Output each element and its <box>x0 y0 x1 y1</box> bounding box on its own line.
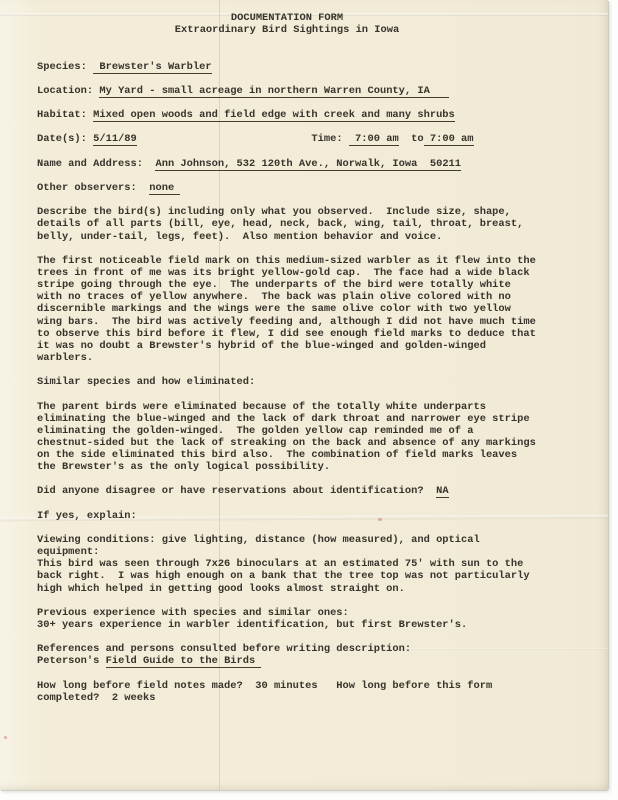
viewing-conditions-line: high which helped in getting good looks … <box>37 583 537 595</box>
blank-line <box>37 595 537 607</box>
text-run: wing bars. The bird was actively feeding… <box>37 316 536 328</box>
blank-line <box>37 48 537 60</box>
blank-line <box>37 473 537 485</box>
text-run: The first noticeable field mark on this … <box>37 255 536 267</box>
text-run: stripe going through the eye. The underp… <box>37 279 511 291</box>
references-heading: References and persons consulted before … <box>37 643 537 655</box>
viewing-conditions-line: back right. I was high enough on a bank … <box>37 570 537 582</box>
text-run: Location: <box>37 85 99 97</box>
paper-page: DOCUMENTATION FORMExtraordinary Bird Sig… <box>0 0 608 790</box>
text-run: Describe the bird(s) including only what… <box>37 206 511 218</box>
blank-line <box>37 146 537 158</box>
blank-line <box>37 36 537 48</box>
text-run: it was no doubt a Brewster's hybrid of t… <box>37 340 486 352</box>
text-run: warblers. <box>37 352 93 364</box>
form-subtitle: Extraordinary Bird Sightings in Iowa <box>37 24 537 36</box>
description-line: to observe this bird before it flew, I d… <box>37 328 537 340</box>
underlined-entry: Field Guide to the Birds <box>106 655 262 668</box>
text-run: belly, under-tail, legs, feet). Also men… <box>37 231 442 243</box>
blank-line <box>37 631 537 643</box>
describe-prompt-line: Describe the bird(s) including only what… <box>37 206 537 218</box>
blank-line <box>37 668 537 680</box>
text-run: discernible markings and the wings were … <box>37 303 511 315</box>
paper-speck <box>4 736 7 739</box>
text-run: high which helped in getting good looks … <box>37 583 405 595</box>
underlined-entry: 7:00 am <box>349 133 399 146</box>
text-run: the Brewster's as the only logical possi… <box>37 461 330 473</box>
location-line: Location: My Yard - small acreage in nor… <box>37 85 537 97</box>
blank-line <box>37 364 537 376</box>
form-completion-line: completed? 2 weeks <box>37 692 537 704</box>
text-run: eliminating the golden-winged. The golde… <box>37 425 473 437</box>
blank-line <box>37 73 537 85</box>
species-line: Species: Brewster's Warbler <box>37 61 537 73</box>
underlined-entry: Mixed open woods and field edge with cre… <box>93 109 455 122</box>
text-run: Name and Address: <box>37 158 155 170</box>
description-line: The first noticeable field mark on this … <box>37 255 537 267</box>
text-run: DOCUMENTATION FORM <box>231 12 343 24</box>
blank-line <box>37 522 537 534</box>
text-run: Extraordinary Bird Sightings in Iowa <box>175 24 399 36</box>
text-run: Other observers: <box>37 182 149 194</box>
viewing-conditions-prompt-line: equipment: <box>37 546 537 558</box>
description-line: wing bars. The bird was actively feeding… <box>37 316 537 328</box>
describe-prompt-line: belly, under-tail, legs, feet). Also men… <box>37 231 537 243</box>
text-run: Date(s): <box>37 133 93 145</box>
description-line: it was no doubt a Brewster's hybrid of t… <box>37 340 537 352</box>
references-line: Peterson's Field Guide to the Birds <box>37 655 537 667</box>
blank-line <box>37 97 537 109</box>
underlined-entry: My Yard - small acreage in northern Warr… <box>99 85 448 98</box>
text-run: References and persons consulted before … <box>37 643 411 655</box>
text-run: Peterson's <box>37 655 106 667</box>
text-run: Did anyone disagree or have reservations… <box>37 485 436 497</box>
text-run: Viewing conditions: give lighting, dista… <box>37 534 480 546</box>
date-time-line: Date(s): 5/11/89 Time: 7:00 am to 7:00 a… <box>37 133 537 145</box>
text-run: completed? 2 weeks <box>37 692 155 704</box>
other-observers-line: Other observers: none <box>37 182 537 194</box>
text-run: with no traces of yellow anywhere. The b… <box>37 291 511 303</box>
form-completion-line: How long before field notes made? 30 min… <box>37 680 537 692</box>
text-run: Species: <box>37 61 93 73</box>
blank-line <box>37 170 537 182</box>
similar-species-line: chestnut-sided but the lack of streaking… <box>37 437 537 449</box>
text-run: Habitat: <box>37 109 93 121</box>
text-run: back right. I was high enough on a bank … <box>37 570 530 582</box>
description-line: with no traces of yellow anywhere. The b… <box>37 291 537 303</box>
similar-species-line: eliminating the golden-winged. The golde… <box>37 425 537 437</box>
description-line: warblers. <box>37 352 537 364</box>
form-title: DOCUMENTATION FORM <box>37 12 537 24</box>
underlined-entry: Brewster's Warbler <box>93 61 211 74</box>
text-run: to observe this bird before it flew, I d… <box>37 328 536 340</box>
description-line: discernible markings and the wings were … <box>37 303 537 315</box>
blank-line <box>37 194 537 206</box>
blank-line <box>37 498 537 510</box>
similar-species-line: on the side eliminated this bird also. T… <box>37 449 537 461</box>
similar-species-line: eliminating the blue-winged and the lack… <box>37 413 537 425</box>
form-text: DOCUMENTATION FORMExtraordinary Bird Sig… <box>37 12 537 704</box>
text-run: If yes, explain: <box>37 510 137 522</box>
underlined-entry: Ann Johnson, 532 120th Ave., Norwalk, Io… <box>155 158 461 171</box>
blank-line <box>37 243 537 255</box>
viewing-conditions-prompt-line: Viewing conditions: give lighting, dista… <box>37 534 537 546</box>
text-run: This bird was seen through 7x26 binocula… <box>37 558 523 570</box>
text-run: on the side eliminated this bird also. T… <box>37 449 517 461</box>
disagreement-question-line: Did anyone disagree or have reservations… <box>37 485 537 497</box>
text-run: equipment: <box>37 546 99 558</box>
text-run: How long before field notes made? 30 min… <box>37 680 492 692</box>
if-yes-explain-line: If yes, explain: <box>37 510 537 522</box>
viewing-conditions-line: This bird was seen through 7x26 binocula… <box>37 558 537 570</box>
description-line: trees in front of me was its bright yell… <box>37 267 537 279</box>
blank-line <box>37 121 537 133</box>
text-run: to <box>399 133 424 145</box>
similar-species-line: the Brewster's as the only logical possi… <box>37 461 537 473</box>
text-run: trees in front of me was its bright yell… <box>37 267 530 279</box>
similar-species-line: The parent birds were eliminated because… <box>37 401 537 413</box>
name-address-line: Name and Address: Ann Johnson, 532 120th… <box>37 158 537 170</box>
text-run: 30+ years experience in warbler identifi… <box>37 619 467 631</box>
blank-line <box>37 388 537 400</box>
text-run: chestnut-sided but the lack of streaking… <box>37 437 536 449</box>
previous-experience-line: 30+ years experience in warbler identifi… <box>37 619 537 631</box>
text-run: The parent birds were eliminated because… <box>37 401 486 413</box>
text-run: Similar species and how eliminated: <box>37 376 255 388</box>
underlined-entry: NA <box>436 485 448 498</box>
similar-species-heading: Similar species and how eliminated: <box>37 376 537 388</box>
habitat-line: Habitat: Mixed open woods and field edge… <box>37 109 537 121</box>
text-run: eliminating the blue-winged and the lack… <box>37 413 530 425</box>
description-line: stripe going through the eye. The underp… <box>37 279 537 291</box>
underlined-entry: 5/11/89 <box>93 133 137 146</box>
scanned-document: DOCUMENTATION FORMExtraordinary Bird Sig… <box>0 0 618 800</box>
previous-experience-heading: Previous experience with species and sim… <box>37 607 537 619</box>
underlined-entry: 7:00 am <box>424 133 474 146</box>
underlined-entry: none <box>149 182 180 195</box>
text-run: Previous experience with species and sim… <box>37 607 349 619</box>
text-run: details of all parts (bill, eye, head, n… <box>37 218 523 230</box>
text-run: Time: <box>137 133 349 145</box>
describe-prompt-line: details of all parts (bill, eye, head, n… <box>37 218 537 230</box>
